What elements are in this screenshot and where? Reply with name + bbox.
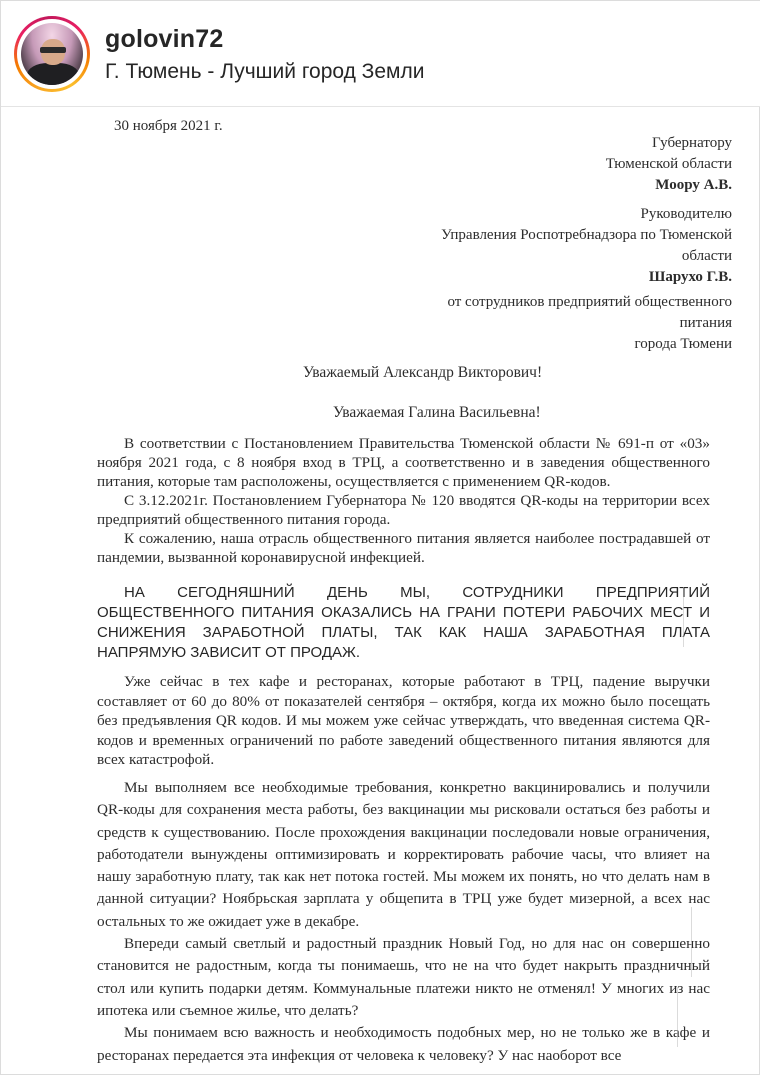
scan-artifact <box>691 907 692 977</box>
letter-document-image: 30 ноября 2021 г. Губернатору Тюменской … <box>1 107 760 1075</box>
paragraph-resolution-691: В соответствии с Постановлением Правител… <box>97 434 710 491</box>
addressee-governor-name: Моору А.В. <box>606 175 732 196</box>
intro-paragraphs: В соответствии с Постановлением Правител… <box>97 434 710 567</box>
paragraph-resolution-120: С 3.12.2021г. Постановлением Губернатора… <box>97 491 710 529</box>
letter-date: 30 ноября 2021 г. <box>114 118 223 135</box>
greeting-rospotrebnadzor: Уважаемая Галина Васильевна! <box>333 404 541 422</box>
caps-paragraph: НА СЕГОДНЯШНИЙ ДЕНЬ МЫ, СОТРУДНИКИ ПРЕДП… <box>97 583 710 663</box>
addressee-rpn-region: области <box>441 246 732 267</box>
greeting-governor: Уважаемый Александр Викторович! <box>303 364 542 382</box>
addressee-governor-region: Тюменской области <box>606 154 732 175</box>
revenue-paragraph: Уже сейчас в тех кафе и ресторанах, кото… <box>97 672 710 770</box>
revenue-paragraph-text: Уже сейчас в тех кафе и ресторанах, кото… <box>97 672 710 770</box>
username-link[interactable]: golovin72 <box>105 25 224 54</box>
avatar[interactable] <box>21 23 83 85</box>
closing-paragraphs: Мы выполняем все необходимые требования,… <box>97 777 710 1067</box>
addressee-governor: Губернатору Тюменской области Моору А.В. <box>606 133 732 196</box>
addressee-rpn-title: Руководителю <box>441 204 732 225</box>
story-ring[interactable] <box>14 16 90 92</box>
scan-artifact <box>677 987 678 1047</box>
instagram-post-frame: golovin72 Г. Тюмень - Лучший город Земли… <box>0 0 760 1075</box>
sender-line-1: от сотрудников предприятий общественного <box>447 292 732 313</box>
paragraph-infection: Мы понимаем всю важность и необходимость… <box>97 1022 710 1067</box>
location-link[interactable]: Г. Тюмень - Лучший город Земли <box>105 60 424 84</box>
sender-block: от сотрудников предприятий общественного… <box>447 292 732 355</box>
caps-paragraph-text: НА СЕГОДНЯШНИЙ ДЕНЬ МЫ, СОТРУДНИКИ ПРЕДП… <box>97 583 710 663</box>
avatar-ring-gap <box>17 19 87 89</box>
addressee-rpn-name-text: Шарухо Г.В. <box>649 269 732 285</box>
sender-line-2: питания <box>447 313 732 334</box>
addressee-governor-title: Губернатору <box>606 133 732 154</box>
avatar-glasses-icon <box>40 47 66 53</box>
paragraph-vaccination: Мы выполняем все необходимые требования,… <box>97 777 710 933</box>
scan-artifact <box>683 587 684 647</box>
sender-line-3: города Тюмени <box>447 334 732 355</box>
addressee-governor-name-text: Моору А.В. <box>655 177 732 193</box>
paragraph-industry-affected: К сожалению, наша отрасль общественного … <box>97 529 710 567</box>
avatar-person-body <box>27 63 79 85</box>
addressee-rpn-org: Управления Роспотребнадзора по Тюменской <box>441 225 732 246</box>
addressee-rpn-name: Шарухо Г.В. <box>441 267 732 288</box>
paragraph-new-year: Впереди самый светлый и радостный праздн… <box>97 933 710 1022</box>
post-header: golovin72 Г. Тюмень - Лучший город Земли <box>1 1 760 107</box>
addressee-rospotrebnadzor: Руководителю Управления Роспотребнадзора… <box>441 204 732 288</box>
